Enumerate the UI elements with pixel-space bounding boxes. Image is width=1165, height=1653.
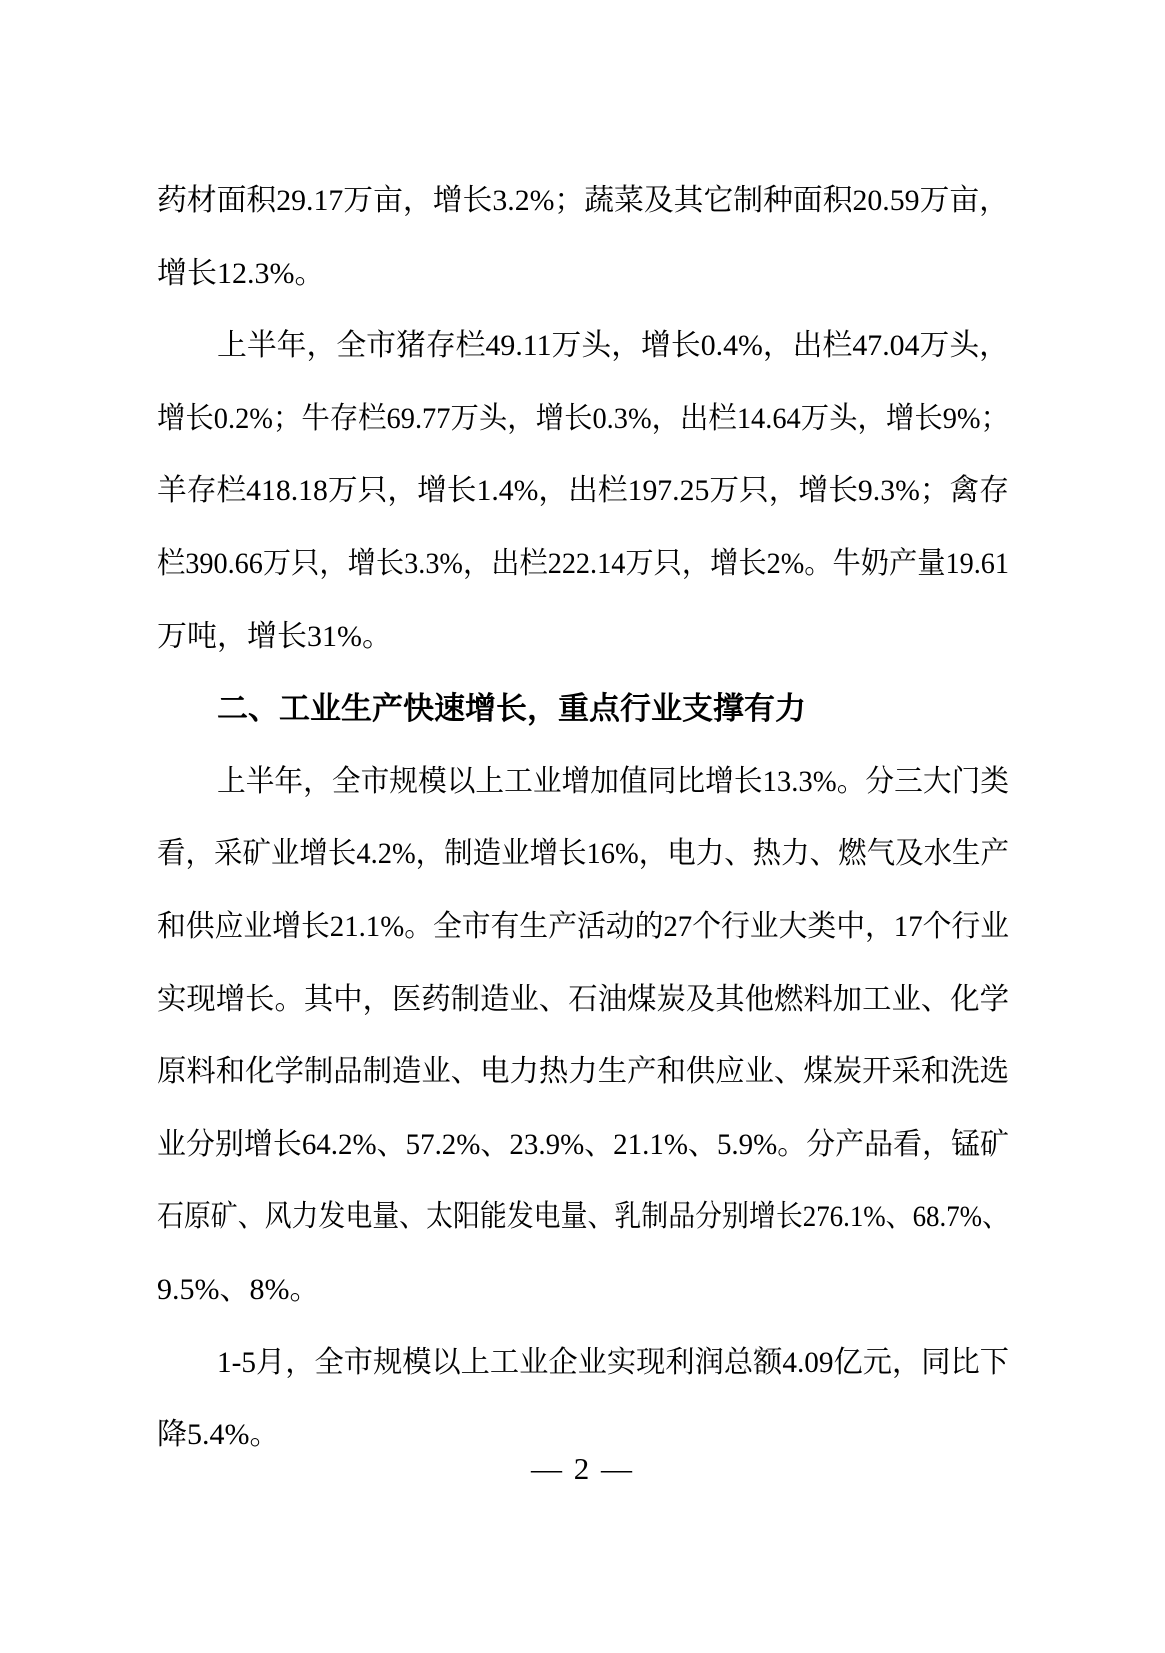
text-line: 和供应业增长21.1%。全市有生产活动的27个行业大类中，17个行业 <box>157 891 1009 964</box>
text-run: 万吨，增长31%。 <box>157 601 392 674</box>
text-line: 上半年，全市规模以上工业增加值同比增长13.3%。分三大门类 <box>157 746 1009 819</box>
paragraph: 上半年，全市规模以上工业增加值同比增长13.3%。分三大门类看，采矿业增长4.2… <box>157 746 1009 1327</box>
text-line: 上半年，全市猪存栏49.11万头，增长0.4%，出栏47.04万头， <box>157 310 1009 383</box>
paragraph: 药材面积29.17万亩，增长3.2%；蔬菜及其它制种面积20.59万亩，增长12… <box>157 165 1009 310</box>
text-run: 上半年，全市猪存栏49.11万头，增长0.4%，出栏47.04万头， <box>217 310 1009 383</box>
text-line: 9.5%、8%。 <box>157 1254 1009 1327</box>
text-line: 1-5月，全市规模以上工业企业实现利润总额4.09亿元，同比下 <box>157 1327 1009 1400</box>
text-line: 栏390.66万只，增长3.3%，出栏222.14万只，增长2%。牛奶产量19.… <box>157 528 1009 601</box>
text-line: 增长0.2%；牛存栏69.77万头，增长0.3%，出栏14.64万头，增长9%； <box>157 383 1009 456</box>
text-run: 增长12.3%。 <box>157 238 325 311</box>
document-body: 药材面积29.17万亩，增长3.2%；蔬菜及其它制种面积20.59万亩，增长12… <box>157 165 1009 1472</box>
text-run: 二、工业生产快速增长，重点行业支撑有力 <box>217 673 806 746</box>
text-run: 上半年，全市规模以上工业增加值同比增长13.3%。分三大门类 <box>217 746 1009 819</box>
text-run: 药材面积29.17万亩，增长3.2%；蔬菜及其它制种面积20.59万亩， <box>157 165 1009 238</box>
text-line: 原料和化学制品制造业、电力热力生产和供应业、煤炭开采和洗选 <box>157 1036 1009 1109</box>
text-line: 药材面积29.17万亩，增长3.2%；蔬菜及其它制种面积20.59万亩， <box>157 165 1009 238</box>
text-run: 原料和化学制品制造业、电力热力生产和供应业、煤炭开采和洗选 <box>157 1036 1009 1109</box>
text-line: 实现增长。其中，医药制造业、石油煤炭及其他燃料加工业、化学 <box>157 964 1009 1037</box>
section-heading: 二、工业生产快速增长，重点行业支撑有力 <box>157 673 1009 746</box>
document-page: 药材面积29.17万亩，增长3.2%；蔬菜及其它制种面积20.59万亩，增长12… <box>0 0 1165 1653</box>
text-run: 看，采矿业增长4.2%，制造业增长16%，电力、热力、燃气及水生产 <box>157 818 1009 891</box>
text-run: 1-5月，全市规模以上工业企业实现利润总额4.09亿元，同比下 <box>217 1327 1009 1400</box>
text-line: 石原矿、风力发电量、太阳能发电量、乳制品分别增长276.1%、68.7%、 <box>157 1181 1009 1254</box>
text-line: 二、工业生产快速增长，重点行业支撑有力 <box>157 673 1009 746</box>
text-run: 实现增长。其中，医药制造业、石油煤炭及其他燃料加工业、化学 <box>157 964 1009 1037</box>
text-run: 栏390.66万只，增长3.3%，出栏222.14万只，增长2%。牛奶产量19.… <box>157 528 1009 601</box>
text-run: 羊存栏418.18万只，增长1.4%，出栏197.25万只，增长9.3%；禽存 <box>157 455 1009 528</box>
page-number: — 2 — <box>0 1449 1165 1489</box>
paragraph: 上半年，全市猪存栏49.11万头，增长0.4%，出栏47.04万头，增长0.2%… <box>157 310 1009 673</box>
text-line: 增长12.3%。 <box>157 238 1009 311</box>
text-line: 羊存栏418.18万只，增长1.4%，出栏197.25万只，增长9.3%；禽存 <box>157 455 1009 528</box>
text-line: 业分别增长64.2%、57.2%、23.9%、21.1%、5.9%。分产品看，锰… <box>157 1109 1009 1182</box>
text-line: 万吨，增长31%。 <box>157 601 1009 674</box>
text-line: 看，采矿业增长4.2%，制造业增长16%，电力、热力、燃气及水生产 <box>157 818 1009 891</box>
text-run: 石原矿、风力发电量、太阳能发电量、乳制品分别增长276.1%、68.7%、 <box>157 1181 1009 1254</box>
text-run: 和供应业增长21.1%。全市有生产活动的27个行业大类中，17个行业 <box>157 891 1009 964</box>
text-run: 9.5%、8%。 <box>157 1254 319 1327</box>
text-run: 增长0.2%；牛存栏69.77万头，增长0.3%，出栏14.64万头，增长9%； <box>157 383 1009 456</box>
text-run: 业分别增长64.2%、57.2%、23.9%、21.1%、5.9%。分产品看，锰… <box>157 1109 1009 1182</box>
